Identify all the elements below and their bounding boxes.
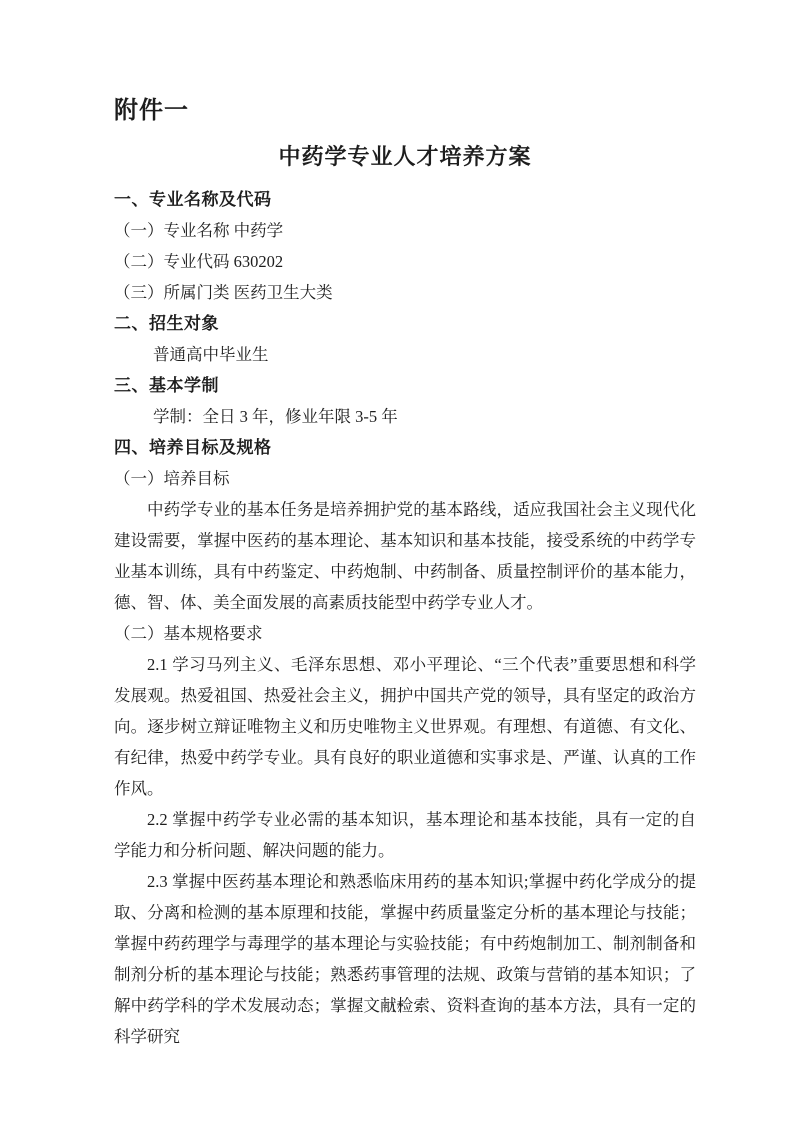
section-4-subheading-1: （一）培养目标 bbox=[114, 463, 696, 494]
section-1-item-3: （三）所属门类 医药卫生大类 bbox=[114, 277, 696, 308]
section-1-item-2: （二）专业代码 630202 bbox=[114, 246, 696, 277]
training-objective-paragraph: 中药学专业的基本任务是培养拥护党的基本路线，适应我国社会主义现代化建设需要，掌握… bbox=[114, 494, 696, 618]
section-3-item-1: 学制：全日 3 年，修业年限 3-5 年 bbox=[114, 401, 696, 432]
requirement-paragraph-2-3: 2.3 掌握中医药基本理论和熟悉临床用药的基本知识;掌握中药化学成分的提取、分离… bbox=[114, 866, 696, 1052]
document-body: 附件一 中药学专业人才培养方案 一、专业名称及代码 （一）专业名称 中药学 （二… bbox=[114, 96, 696, 1052]
requirement-paragraph-2-2: 2.2 掌握中药学专业必需的基本知识，基本理论和基本技能，具有一定的自学能力和分… bbox=[114, 804, 696, 866]
section-2-heading: 二、招生对象 bbox=[114, 308, 696, 339]
section-4-heading: 四、培养目标及规格 bbox=[114, 432, 696, 463]
document-page: 附件一 中药学专业人才培养方案 一、专业名称及代码 （一）专业名称 中药学 （二… bbox=[0, 0, 793, 1122]
section-1-item-1: （一）专业名称 中药学 bbox=[114, 215, 696, 246]
document-title: 中药学专业人才培养方案 bbox=[114, 142, 696, 172]
section-3-heading: 三、基本学制 bbox=[114, 370, 696, 401]
requirement-paragraph-2-1: 2.1 学习马列主义、毛泽东思想、邓小平理论、“三个代表”重要思想和科学发展观。… bbox=[114, 649, 696, 804]
section-4-subheading-2: （二）基本规格要求 bbox=[114, 618, 696, 649]
attachment-label: 附件一 bbox=[114, 96, 696, 126]
section-1-heading: 一、专业名称及代码 bbox=[114, 184, 696, 215]
section-2-item-1: 普通高中毕业生 bbox=[114, 339, 696, 370]
page-number: 17 bbox=[0, 1000, 793, 1016]
